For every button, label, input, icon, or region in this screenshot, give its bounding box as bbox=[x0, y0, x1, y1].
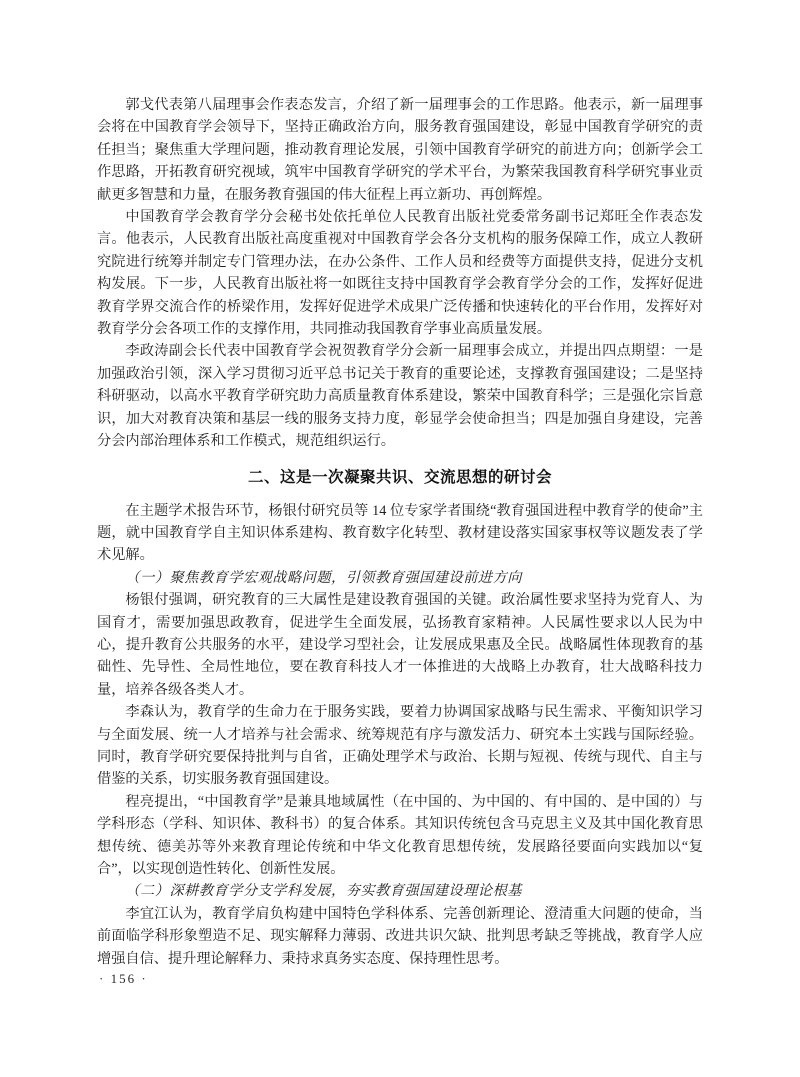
paragraph-session-intro: 在主题学术报告环节，杨银付研究员等 14 位专家学者围绕“教育强国进程中教育学的… bbox=[97, 500, 703, 567]
paragraph-chengliang: 程亮提出，“中国教育学”是兼具地域属性（在中国的、为中国的、有中国的、是中国的）… bbox=[97, 791, 703, 881]
article-body: 郭戈代表第八届理事会作表态发言，介绍了新一届理事会的工作思路。他表示，新一届理事… bbox=[97, 94, 703, 970]
subsection-2-heading: （二）深耕教育学分支学科发展，夯实教育强国建设理论根基 bbox=[97, 880, 703, 902]
subsection-1-heading: （一）聚焦教育学宏观战略问题，引领教育强国建设前进方向 bbox=[97, 567, 703, 589]
paragraph-liyijiang: 李宜江认为，教育学肩负构建中国特色学科体系、完善创新理论、澄清重大问题的使命，当… bbox=[97, 903, 703, 970]
paragraph-lisen: 李森认为，教育学的生命力在于服务实践，要着力协调国家战略与民生需求、平衡知识学习… bbox=[97, 701, 703, 791]
page-number: · 156 · bbox=[99, 970, 148, 988]
paragraph-yangyinfu: 杨银付强调，研究教育的三大属性是建设教育强国的关键。政治属性要求坚持为党育人、为… bbox=[97, 589, 703, 701]
section-2-heading: 二、这是一次凝聚共识、交流思想的研讨会 bbox=[97, 467, 703, 488]
document-page: 郭戈代表第八届理事会作表态发言，介绍了新一届理事会的工作思路。他表示，新一届理事… bbox=[0, 0, 800, 1077]
paragraph-pep-remarks: 中国教育学会教育学分会秘书处依托单位人民教育出版社党委常务副书记郑旺全作表态发言… bbox=[97, 206, 703, 340]
paragraph-lizhengtao-remarks: 李政涛副会长代表中国教育学会祝贺教育学分会新一届理事会成立，并提出四点期望：一是… bbox=[97, 340, 703, 452]
paragraph-guoge-remarks: 郭戈代表第八届理事会作表态发言，介绍了新一届理事会的工作思路。他表示，新一届理事… bbox=[97, 94, 703, 206]
